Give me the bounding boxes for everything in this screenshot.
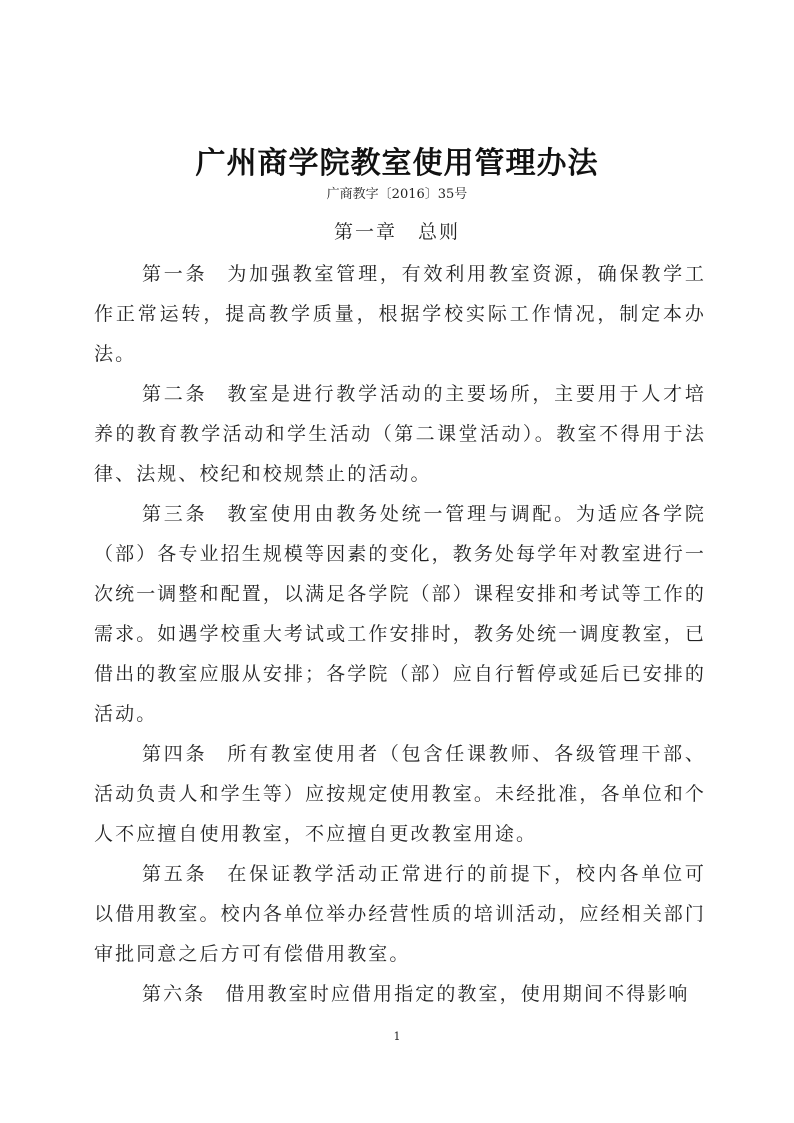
article-label: 第二条	[142, 383, 207, 405]
article-1: 第一条为加强教室管理，有效利用教室资源，确保教学工作正常运转，提高教学质量，根据…	[94, 254, 706, 374]
article-label: 第三条	[142, 503, 207, 525]
article-2: 第二条教室是进行教学活动的主要场所，主要用于人才培养的教育教学活动和学生活动（第…	[94, 374, 706, 494]
article-text: 教室使用由教务处统一管理与调配。为适应各学院（部）各专业招生规模等因素的变化，教…	[94, 503, 706, 725]
page-number: 1	[0, 1030, 794, 1043]
document-title: 广州商学院教室使用管理办法	[0, 138, 794, 182]
chapter-heading: 第一章 总则	[0, 217, 794, 244]
article-text: 借用教室时应借用指定的教室，使用期间不得影响	[225, 983, 689, 1005]
document-number: 广商教字〔2016〕35号	[0, 183, 794, 202]
article-label: 第六条	[142, 983, 205, 1005]
article-label: 第四条	[142, 743, 207, 765]
article-5: 第五条在保证教学活动正常进行的前提下，校内各单位可以借用教室。校内各单位举办经营…	[94, 854, 706, 974]
article-6: 第六条借用教室时应借用指定的教室，使用期间不得影响	[94, 974, 706, 1014]
article-label: 第五条	[142, 863, 207, 885]
article-3: 第三条教室使用由教务处统一管理与调配。为适应各学院（部）各专业招生规模等因素的变…	[94, 494, 706, 734]
article-label: 第一条	[142, 263, 207, 285]
document-body: 第一条为加强教室管理，有效利用教室资源，确保教学工作正常运转，提高教学质量，根据…	[94, 254, 706, 1014]
article-4: 第四条所有教室使用者（包含任课教师、各级管理干部、活动负责人和学生等）应按规定使…	[94, 734, 706, 854]
